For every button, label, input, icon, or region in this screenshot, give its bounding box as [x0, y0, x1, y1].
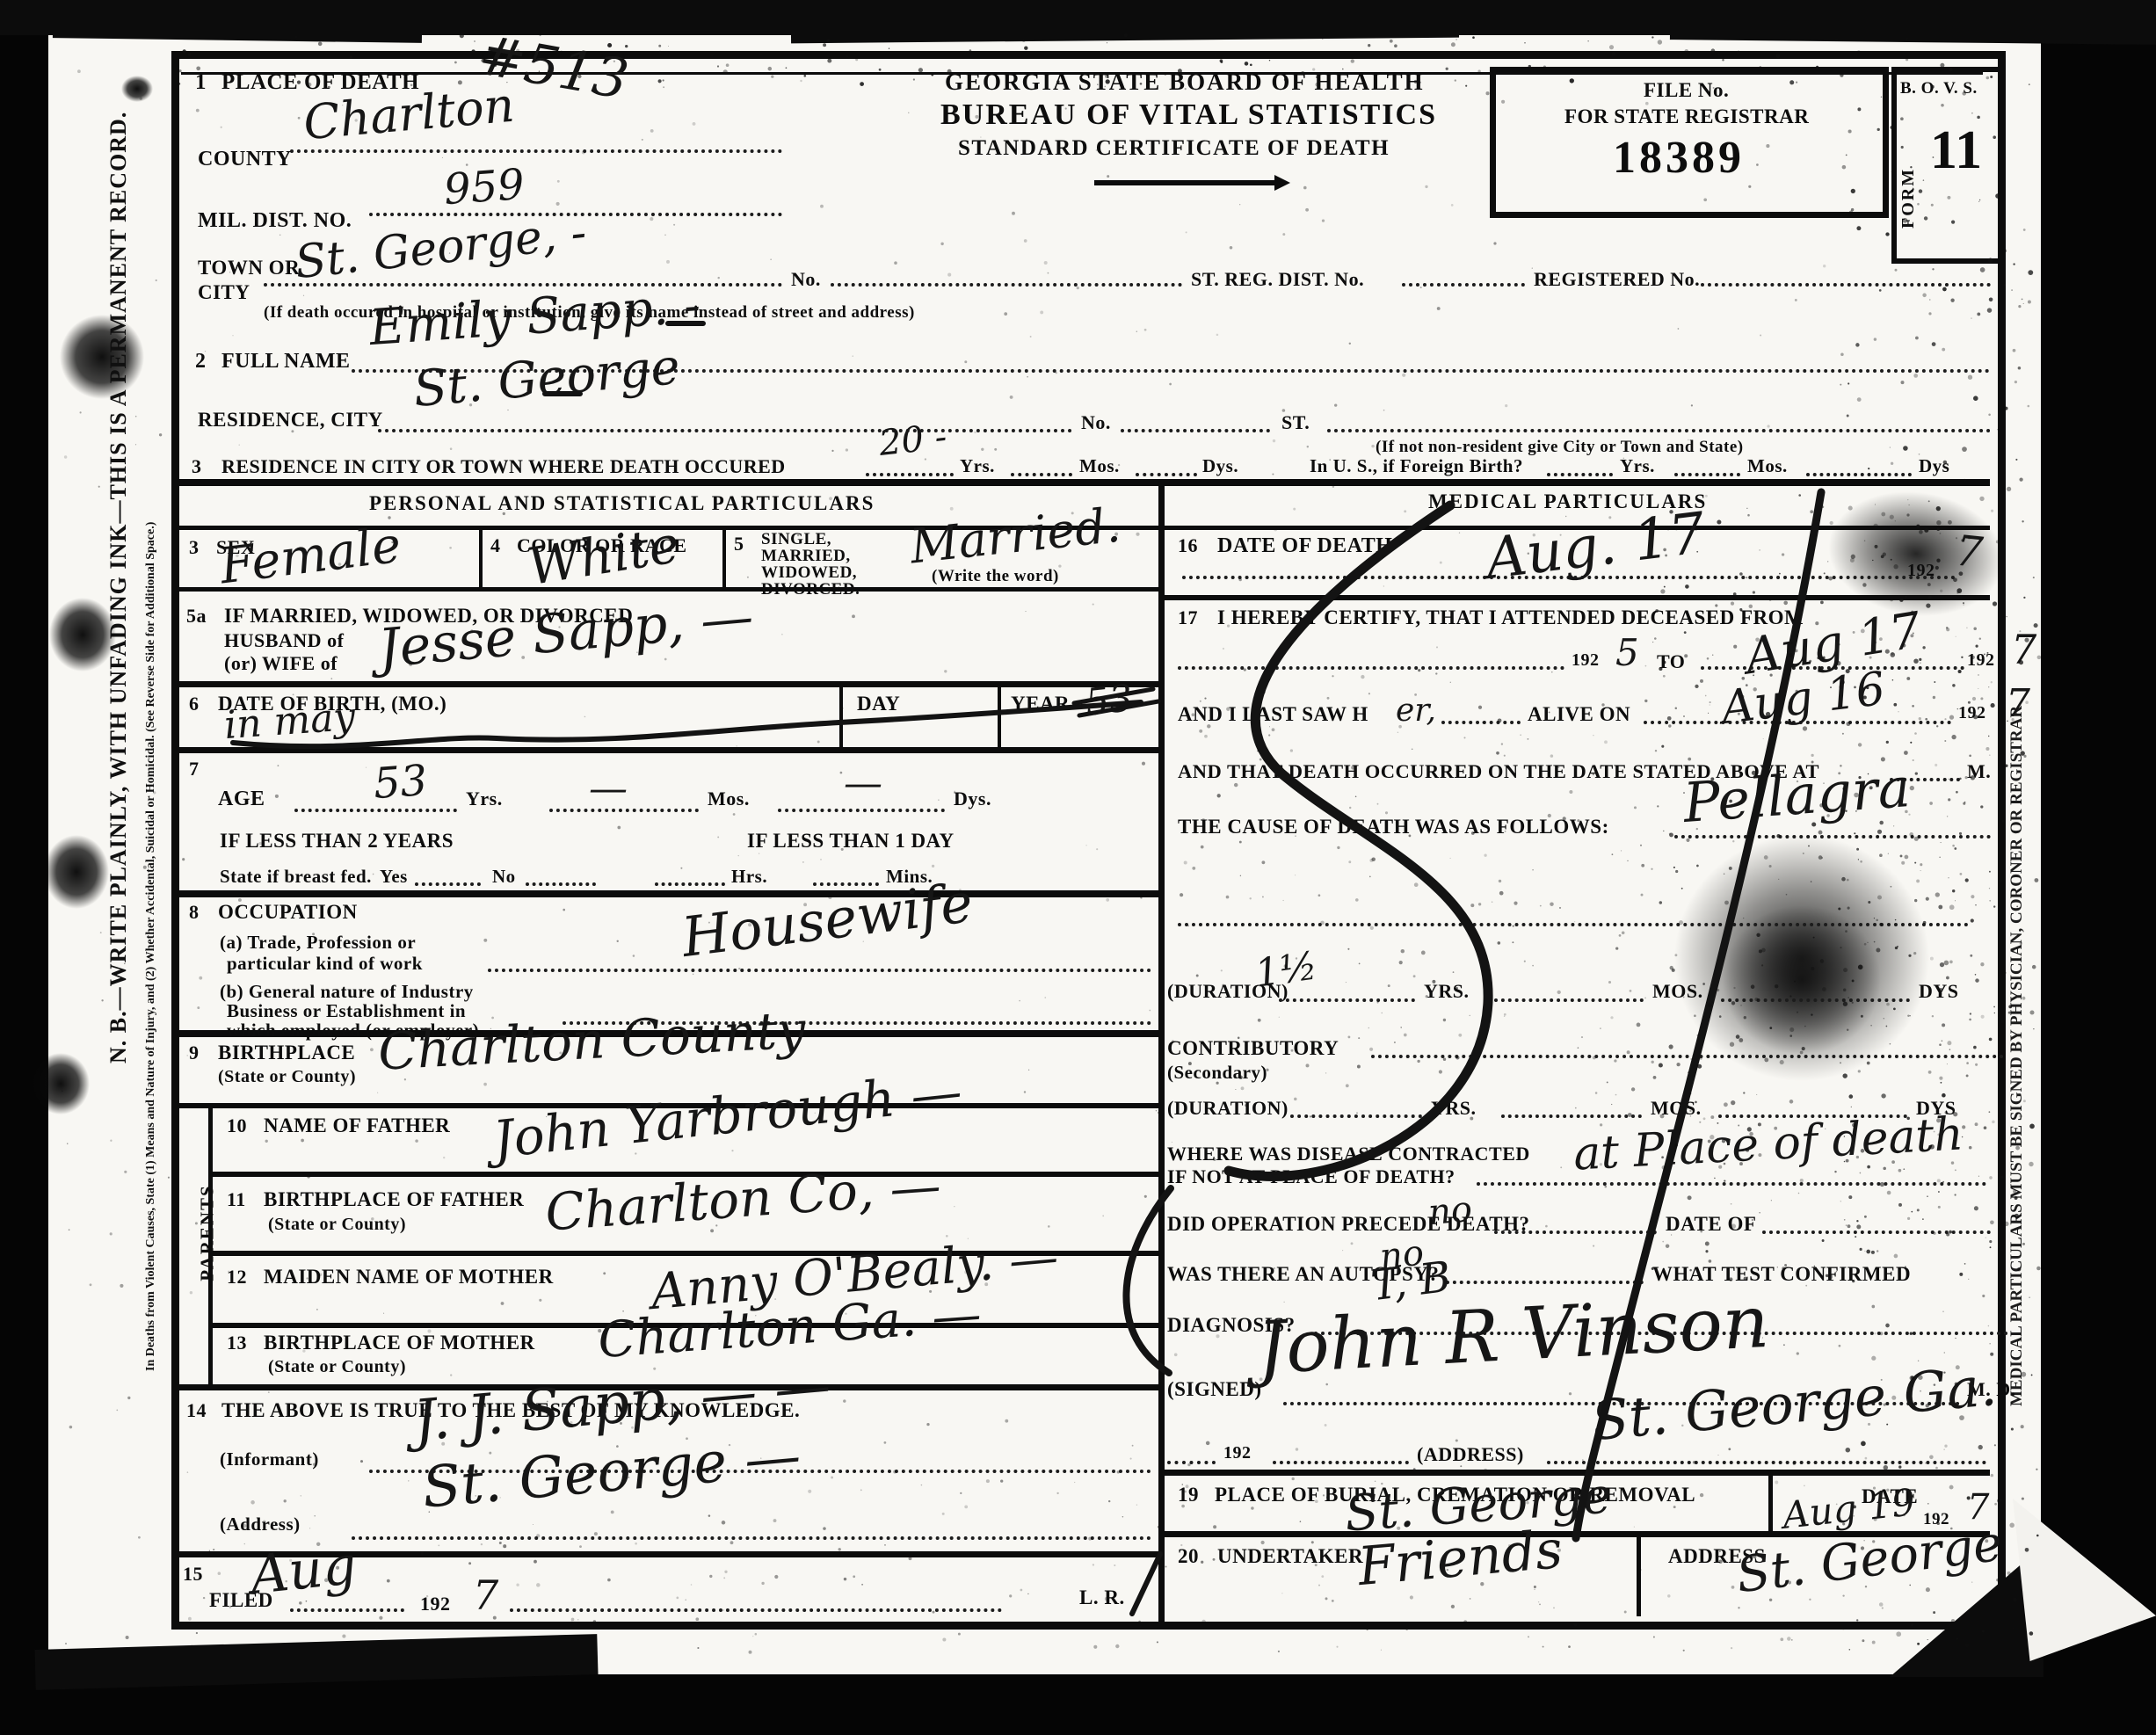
- last-saw-hand: er,: [1396, 693, 1436, 729]
- dur1-mos-label: MOS.: [1652, 980, 1703, 1003]
- dys-label: Dys.: [1202, 455, 1238, 477]
- residence-st-label: ST.: [1281, 411, 1310, 434]
- item15-number: 15: [183, 1563, 203, 1586]
- mil-dist-value: 959: [442, 160, 526, 214]
- filed-192-label: 192: [420, 1593, 451, 1615]
- husband-of-label: HUSBAND of: [224, 629, 344, 652]
- item2-number: 2: [195, 350, 207, 374]
- cause-extra-line: [1178, 923, 1969, 926]
- item19-number: 19: [1178, 1484, 1199, 1506]
- header-line2: BUREAU OF VITAL STATISTICS: [940, 98, 1437, 132]
- item5a-number: 5a: [186, 605, 207, 628]
- county-line: [290, 149, 782, 153]
- to-192-label: 192: [1967, 650, 1995, 671]
- if-less-2years-label: IF LESS THAN 2 YEARS: [220, 830, 454, 853]
- father-birthplace-label: BIRTHPLACE OF FATHER: [264, 1188, 524, 1211]
- dur2-yrs-line: [1290, 1114, 1422, 1118]
- year-label: YEAR: [1011, 693, 1070, 715]
- divider: [171, 587, 1165, 592]
- ink-blob: [44, 835, 109, 909]
- divider: [171, 890, 1165, 897]
- attended-from-line: [1178, 666, 1564, 670]
- age-value: 53: [372, 756, 429, 809]
- city-label: CITY: [198, 281, 250, 304]
- disease-line: [1477, 1182, 1986, 1186]
- age-mos-dash: —: [589, 766, 628, 811]
- divider: [171, 747, 1165, 753]
- birthplace-label: BIRTHPLACE: [218, 1042, 355, 1064]
- item13-number: 13: [227, 1332, 247, 1354]
- occupation-a2: particular kind of work: [227, 953, 423, 975]
- occupation-a1: (a) Trade, Profession or: [220, 932, 416, 954]
- dur2-mos-label: MOS.: [1651, 1097, 1702, 1120]
- right-margin-notice: MEDICAL PARTICULARS MUST BE SIGNED BY PH…: [2007, 211, 2027, 1406]
- age-dys-dash: —: [844, 761, 882, 806]
- corner-fold: [2013, 1499, 2156, 1661]
- item6-number: 6: [189, 693, 200, 715]
- date-of-label: DATE OF: [1666, 1213, 1756, 1236]
- filed-line2: [510, 1608, 1002, 1612]
- us-yrs-line: [1547, 473, 1613, 476]
- breast-yes-label: Yes: [380, 866, 408, 888]
- signed-label: (SIGNED): [1167, 1378, 1262, 1401]
- contributory-sub: (Secondary): [1167, 1062, 1267, 1084]
- form-number: 11: [1930, 120, 1983, 182]
- header-line3: STANDARD CERTIFICATE OF DEATH: [958, 136, 1390, 161]
- breast-yes-line: [415, 882, 481, 886]
- item1-number: 1: [195, 70, 207, 95]
- dod-year-value: 7: [1953, 526, 1985, 578]
- undertaker-address-divider: [1637, 1537, 1641, 1616]
- cause-of-death-label: THE CAUSE OF DEATH WAS AS FOLLOWS:: [1178, 816, 1609, 838]
- burial-date-divider: [1768, 1476, 1773, 1531]
- us-dys-line: [1806, 473, 1912, 476]
- divider: [171, 479, 1990, 486]
- us-yrs-label: Yrs.: [1620, 455, 1655, 477]
- form-word: FORM: [1898, 114, 1919, 229]
- res-mos-line: [1011, 473, 1072, 476]
- dur1-dys-label: DYS: [1919, 980, 1959, 1003]
- last-saw-line1: [1441, 721, 1521, 724]
- personal-section-title: PERSONAL AND STATISTICAL PARTICULARS: [369, 492, 875, 515]
- alive-year-value: 7: [2006, 681, 2030, 726]
- informant-label: (Informant): [220, 1448, 319, 1470]
- registered-no-label: REGISTERED No.: [1534, 268, 1700, 291]
- undertaker-label: UNDERTAKER: [1217, 1545, 1363, 1568]
- us-dys-label: Dys: [1919, 455, 1949, 477]
- us-foreign-label: In U. S., if Foreign Birth?: [1310, 455, 1523, 477]
- cell-divider: [839, 687, 843, 747]
- item16-number: 16: [1178, 534, 1198, 557]
- street-no-label: No.: [791, 268, 821, 291]
- item3-number: 3: [192, 455, 202, 478]
- operation-line: [1494, 1230, 1657, 1234]
- divider: [171, 681, 1165, 687]
- residence-no-line: [1121, 429, 1270, 432]
- father-birthplace-sub: (State or County): [268, 1215, 406, 1235]
- disease-contracted-l2: IF NOT AT PLACE OF DEATH?: [1167, 1165, 1455, 1188]
- informant-address-line: [352, 1536, 1151, 1540]
- marital-number: 5: [734, 533, 744, 555]
- file-label-2: FOR STATE REGISTRAR: [1564, 105, 1809, 128]
- filed-year-value: 7: [473, 1572, 498, 1619]
- bovs-label: B. O. V. S.: [1900, 79, 1978, 98]
- item14-number: 14: [186, 1399, 207, 1422]
- residence-length-value: 20 -: [877, 417, 949, 464]
- sig-date-line1: [1167, 1461, 1216, 1464]
- cell-divider: [479, 530, 483, 587]
- dur2-mos-line: [1501, 1114, 1642, 1118]
- hrs-line: [655, 882, 725, 886]
- item11-number: 11: [227, 1188, 246, 1211]
- dur1-dys-line: [1721, 998, 1910, 1002]
- mother-birthplace-sub: (State or County): [268, 1357, 406, 1377]
- sig-address-label: (ADDRESS): [1417, 1443, 1524, 1466]
- if-less-1day-label: IF LESS THAN 1 DAY: [747, 830, 955, 853]
- breast-no-label: No: [492, 866, 516, 888]
- column-divider: [1158, 479, 1165, 1622]
- us-mos-line: [1674, 473, 1740, 476]
- certify-label: I HEREBY CERTIFY, THAT I ATTENDED DECEAS…: [1217, 606, 1804, 629]
- cause-line: [1674, 835, 1991, 838]
- father-name-label: NAME OF FATHER: [264, 1114, 450, 1137]
- st-reg-line: [1402, 283, 1525, 287]
- left-margin-note: In Deaths from Violent Causes, State (1)…: [144, 88, 158, 1371]
- yrs-label: Yrs.: [960, 455, 995, 477]
- date-of-death-label: DATE OF DEATH: [1217, 534, 1392, 558]
- disease-contracted-l1: WHERE WAS DISEASE CONTRACTED: [1167, 1143, 1530, 1165]
- hrs-label: Hrs.: [731, 866, 767, 888]
- alive-192-label: 192: [1958, 703, 1986, 723]
- mother-birthplace-label: BIRTHPLACE OF MOTHER: [264, 1332, 535, 1354]
- cell-divider: [998, 687, 1001, 747]
- operation-date-line: [1762, 1230, 1991, 1234]
- dur1-mos-line: [1494, 998, 1644, 1002]
- age-dys-label: Dys.: [954, 788, 991, 810]
- autopsy-line: [1446, 1281, 1644, 1284]
- header-arrow-line: [1094, 180, 1279, 185]
- item7-number: 7: [189, 758, 200, 780]
- mother-name-label: MAIDEN NAME OF MOTHER: [264, 1266, 554, 1289]
- age-yrs-label: Yrs.: [466, 788, 503, 810]
- left-margin-notice: N. B.—WRITE PLAINLY, WITH UNFADING INK—T…: [105, 132, 132, 1064]
- res-yrs-line: [866, 473, 954, 476]
- duration2-label: (DURATION): [1167, 1097, 1289, 1120]
- filed-initials: L. R.: [1079, 1586, 1125, 1609]
- cell-divider: [722, 530, 726, 587]
- race-number: 4: [490, 534, 501, 557]
- county-label: COUNTY: [198, 148, 292, 171]
- dur1-yrs-line: [1279, 998, 1415, 1002]
- age-yrs-line: [294, 809, 457, 812]
- full-name-label: FULL NAME: [221, 350, 351, 374]
- item12-number: 12: [227, 1266, 247, 1289]
- contributory-label: CONTRIBUTORY: [1167, 1037, 1339, 1060]
- m-label: M.: [1967, 760, 1991, 783]
- age-label: AGE: [218, 788, 265, 811]
- filed-month-value: Aug: [248, 1535, 359, 1607]
- to-label: TO: [1657, 650, 1685, 673]
- dod-192-label: 192: [1907, 561, 1935, 581]
- file-number-stamp: 18389: [1613, 132, 1745, 184]
- informant-address-label: (Address): [220, 1514, 301, 1535]
- mos-label: Mos.: [1079, 455, 1120, 477]
- res-dys-line: [1136, 473, 1197, 476]
- from-year-value: 5: [1615, 631, 1639, 674]
- scanned-death-certificate: N. B.—WRITE PLAINLY, WITH UNFADING INK—T…: [0, 0, 2156, 1735]
- breast-fed-label: State if breast fed.: [220, 866, 372, 888]
- from-192-label: 192: [1572, 650, 1600, 671]
- age-dys-line: [778, 809, 945, 812]
- parents-vertical-label: PARENTS: [197, 1180, 219, 1286]
- st-reg-dist-label: ST. REG. DIST. No.: [1191, 268, 1364, 291]
- age-mos-label: Mos.: [708, 788, 750, 810]
- sig-date-line2: [1273, 1461, 1409, 1464]
- breast-no-line: [526, 882, 596, 886]
- us-mos-label: Mos.: [1747, 455, 1788, 477]
- registered-line: [1701, 283, 1991, 287]
- item9-number: 9: [189, 1042, 200, 1064]
- header-line1: GEORGIA STATE BOARD OF HEALTH: [945, 69, 1425, 96]
- test-confirmed-l1: WHAT TEST CONFIRMED: [1652, 1263, 1911, 1286]
- item20-number: 20: [1178, 1545, 1199, 1568]
- wife-of-label: (or) WIFE of: [224, 652, 338, 675]
- street-no-line: [831, 283, 1182, 287]
- duration1-value: 1½: [1252, 943, 1320, 996]
- residence-st-line: [1327, 429, 1991, 432]
- nonresident-note: (If not non-resident give City or Town a…: [1376, 438, 1744, 457]
- item17-number: 17: [1178, 606, 1198, 629]
- alive-on-label: ALIVE ON: [1528, 703, 1630, 726]
- file-label-1: FILE No.: [1644, 79, 1729, 102]
- mil-dist-label: MIL. DIST. NO.: [198, 209, 352, 233]
- divider: [1158, 595, 1990, 600]
- day-label: DAY: [857, 693, 900, 715]
- ink-blob: [32, 1053, 90, 1114]
- contributory-line: [1371, 1055, 2004, 1058]
- dob-year-value: 53: [1084, 676, 1135, 723]
- sig-address-line: [1547, 1461, 1986, 1464]
- sig-192-label: 192: [1223, 1443, 1252, 1463]
- dob-month-value: in may: [222, 694, 356, 748]
- last-saw-label: AND I LAST SAW H: [1178, 703, 1368, 726]
- occupation-label: OCCUPATION: [218, 901, 358, 924]
- residence-length-label: RESIDENCE IN CITY OR TOWN WHERE DEATH OC…: [221, 455, 786, 478]
- dur2-yrs-label: YRS.: [1431, 1097, 1477, 1120]
- marital-word4: DIVORCED.: [761, 580, 860, 599]
- item8-number: 8: [189, 901, 200, 924]
- town-or-label: TOWN OR: [198, 257, 300, 279]
- sex-number: 3: [189, 536, 200, 559]
- birthplace-sub: (State or County): [218, 1067, 356, 1087]
- item10-number: 10: [227, 1114, 247, 1137]
- operation-label: DID OPERATION PRECEDE DEATH?: [1167, 1213, 1530, 1236]
- to-year-value: 7: [2011, 626, 2036, 673]
- filed-line1: [290, 1608, 404, 1612]
- occupation-a-line: [488, 969, 1151, 972]
- dur1-yrs-label: YRS.: [1424, 980, 1470, 1003]
- residence-no-label: No.: [1081, 411, 1111, 434]
- operation-value: no: [1426, 1189, 1474, 1233]
- residence-label: RESIDENCE, CITY: [198, 409, 383, 432]
- residence-line: [378, 429, 1072, 432]
